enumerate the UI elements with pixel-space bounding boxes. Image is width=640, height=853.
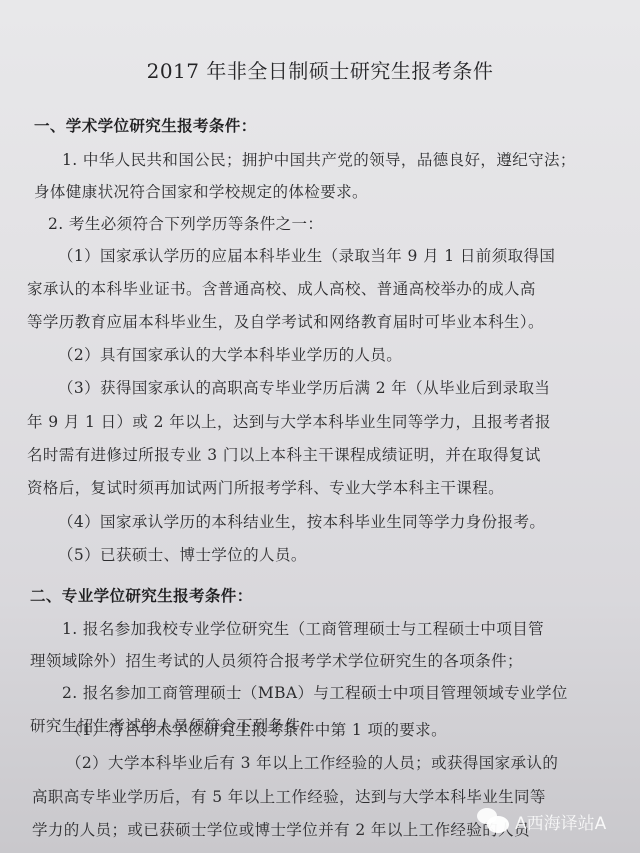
paragraph-line: （3）获得国家承认的高职高专毕业学历后满 2 年（从毕业后到录取当 xyxy=(58,376,550,398)
paragraph-line: （1）符合学术学位研究生报考条件中第 1 项的要求。 xyxy=(66,718,447,740)
section-2-heading: 二、专业学位研究生报考条件： xyxy=(30,584,253,606)
paragraph-line: 学力的人员；或已获硕士学位或博士学位并有 2 年以上工作经验的人员 xyxy=(32,818,530,840)
paragraph-line: 2. 考生必须符合下列学历等条件之一： xyxy=(48,212,323,234)
paragraph-line: 资格后，复试时须再加试两门所报考学科、专业大学本科主干课程。 xyxy=(27,476,504,498)
paragraph-line: （1）国家承认学历的应届本科毕业生（录取当年 9 月 1 日前须取得国 xyxy=(58,244,555,266)
paragraph-line: （2）大学本科毕业后有 3 年以上工作经验的人员；或获得国家承认的 xyxy=(66,751,558,773)
paragraph-line: 家承认的本科毕业证书。含普通高校、成人高校、普通高校举办的成人高 xyxy=(27,277,536,299)
watermark: A西海译站A xyxy=(477,808,606,834)
paragraph-line: 1. 中华人民共和国公民；拥护中国共产党的领导，品德良好，遵纪守法； xyxy=(62,148,576,170)
paragraph-line: 名时需有进修过所报专业 3 门以上本科主干课程成绩证明，并在取得复试 xyxy=(27,443,541,465)
paragraph-line: 2. 报名参加工商管理硕士（MBA）与工程硕士中项目管理领域专业学位 xyxy=(62,681,568,703)
paragraph-line: 年 9 月 1 日）或 2 年以上，达到与大学本科毕业生同等学力，且报考者报 xyxy=(27,410,551,432)
wechat-icon xyxy=(477,808,511,834)
paragraph-line: 身体健康状况符合国家和学校规定的体检要求。 xyxy=(34,180,368,202)
paragraph-line: （4）国家承认学历的本科结业生，按本科毕业生同等学力身份报考。 xyxy=(58,510,545,532)
paragraph-line: 1. 报名参加我校专业学位研究生（工商管理硕士与工程硕士中项目管 xyxy=(62,617,544,639)
paragraph-line: 理领域除外）招生考试的人员须符合报考学术学位研究生的各项条件； xyxy=(30,649,523,671)
paragraph-line: 等学历教育应届本科毕业生，及自学考试和网络教育届时可毕业本科生）。 xyxy=(27,310,544,332)
paragraph-line: 高职高专毕业学历后，有 5 年以上工作经验，达到与大学本科毕业生同等 xyxy=(32,785,546,807)
document-page: 2017 年非全日制硕士研究生报考条件 一、学术学位研究生报考条件： 1. 中华… xyxy=(0,0,640,853)
watermark-text: A西海译站A xyxy=(515,809,606,834)
document-title: 2017 年非全日制硕士研究生报考条件 xyxy=(0,55,640,84)
paragraph-line: （2）具有国家承认的大学本科毕业学历的人员。 xyxy=(58,343,402,365)
paragraph-line: （5）已获硕士、博士学位的人员。 xyxy=(58,543,307,565)
section-1-heading: 一、学术学位研究生报考条件： xyxy=(34,114,257,136)
